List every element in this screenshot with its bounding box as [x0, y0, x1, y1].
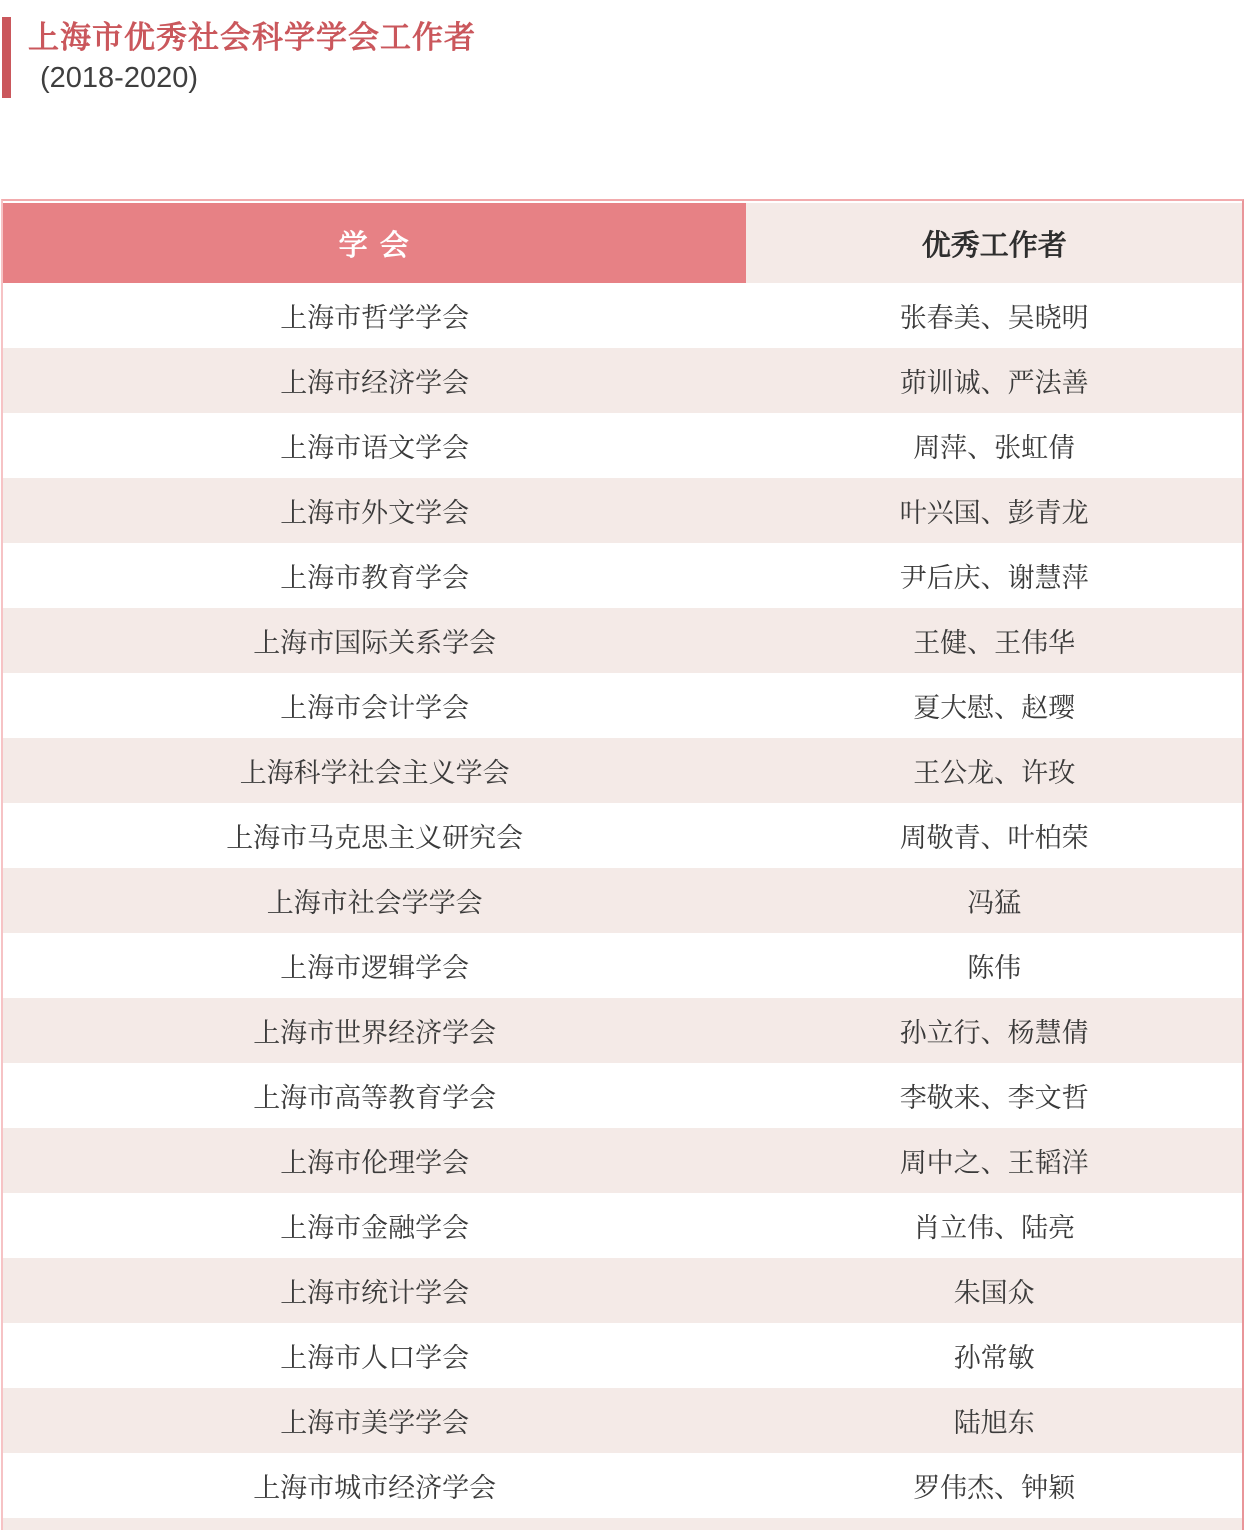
table-row: 上海市高等教育学会李敬来、李文哲: [3, 1063, 1242, 1128]
workers-cell: 李敬来、李文哲: [746, 1063, 1242, 1128]
table-row: 上海市会计学会夏大慰、赵璎: [3, 673, 1242, 738]
table-row: 上海市人口学会孙常敏: [3, 1323, 1242, 1388]
society-cell: 上海科学社会主义学会: [3, 738, 746, 803]
workers-cell: 茆训诚、严法善: [746, 348, 1242, 413]
workers-cell: 王健、王伟华: [746, 608, 1242, 673]
society-cell: 上海市经济学会: [3, 348, 746, 413]
society-cell: 上海市教育学会: [3, 543, 746, 608]
society-cell: 上海市逻辑学会: [3, 933, 746, 998]
table-row: 上海科学社会主义学会王公龙、许玫: [3, 738, 1242, 803]
society-cell: 上海市马克思主义研究会: [3, 803, 746, 868]
table-row: 上海市美学学会陆旭东: [3, 1388, 1242, 1453]
workers-cell: 肖立伟、陆亮: [746, 1193, 1242, 1258]
society-cell: 上海市统计学会: [3, 1258, 746, 1323]
table-row: 上海市金融学会肖立伟、陆亮: [3, 1193, 1242, 1258]
society-cell: 上海市社会学学会: [3, 868, 746, 933]
society-cell: 上海市高等教育学会: [3, 1063, 746, 1128]
awards-table: 学 会 优秀工作者 上海市哲学学会张春美、吴晓明上海市经济学会茆训诚、严法善上海…: [1, 199, 1244, 1530]
society-cell: 上海市语文学会: [3, 413, 746, 478]
table-row: 上海市语文学会周萍、张虹倩: [3, 413, 1242, 478]
page-subtitle: (2018-2020): [28, 60, 476, 96]
table-row: 上海市世界经济学会孙立行、杨慧倩: [3, 998, 1242, 1063]
page-header: 上海市优秀社会科学学会工作者 (2018-2020): [2, 17, 476, 98]
column-header-workers: 优秀工作者: [746, 203, 1242, 283]
workers-cell: 孙常敏: [746, 1323, 1242, 1388]
society-cell: 上海市伦理学会: [3, 1128, 746, 1193]
society-cell: 上海市国际关系学会: [3, 608, 746, 673]
workers-cell: 周敬青、叶柏荣: [746, 803, 1242, 868]
workers-cell: 冯猛: [746, 868, 1242, 933]
workers-cell: 罗伟杰、钟颖: [746, 1453, 1242, 1518]
workers-cell: 周中之、王韬洋: [746, 1128, 1242, 1193]
workers-cell: 尹后庆、谢慧萍: [746, 543, 1242, 608]
workers-cell: 张春美、吴晓明: [746, 283, 1242, 348]
page: 上海市优秀社会科学学会工作者 (2018-2020) 学 会 优秀工作者 上海市…: [0, 0, 1245, 1530]
society-cell: 上海市外文学会: [3, 478, 746, 543]
society-cell: 上海市会计学会: [3, 673, 746, 738]
partial-next-row: [3, 1518, 1242, 1530]
table-row: 上海市城市经济学会罗伟杰、钟颖: [3, 1453, 1242, 1518]
society-cell: 上海市美学学会: [3, 1388, 746, 1453]
workers-cell: 孙立行、杨慧倩: [746, 998, 1242, 1063]
workers-cell: 陈伟: [746, 933, 1242, 998]
table-body: 上海市哲学学会张春美、吴晓明上海市经济学会茆训诚、严法善上海市语文学会周萍、张虹…: [3, 283, 1242, 1518]
workers-cell: 周萍、张虹倩: [746, 413, 1242, 478]
page-title: 上海市优秀社会科学学会工作者: [28, 19, 476, 57]
workers-cell: 朱国众: [746, 1258, 1242, 1323]
workers-cell: 夏大慰、赵璎: [746, 673, 1242, 738]
table-header-row: 学 会 优秀工作者: [3, 203, 1242, 283]
table-row: 上海市外文学会叶兴国、彭青龙: [3, 478, 1242, 543]
table-row: 上海市国际关系学会王健、王伟华: [3, 608, 1242, 673]
table-row: 上海市社会学学会冯猛: [3, 868, 1242, 933]
society-cell: 上海市世界经济学会: [3, 998, 746, 1063]
table-row: 上海市哲学学会张春美、吴晓明: [3, 283, 1242, 348]
table-row: 上海市统计学会朱国众: [3, 1258, 1242, 1323]
society-cell: 上海市金融学会: [3, 1193, 746, 1258]
column-header-society: 学 会: [3, 203, 746, 283]
society-cell: 上海市城市经济学会: [3, 1453, 746, 1518]
table-row: 上海市经济学会茆训诚、严法善: [3, 348, 1242, 413]
table-row: 上海市伦理学会周中之、王韬洋: [3, 1128, 1242, 1193]
society-cell: 上海市人口学会: [3, 1323, 746, 1388]
workers-cell: 王公龙、许玫: [746, 738, 1242, 803]
table-row: 上海市教育学会尹后庆、谢慧萍: [3, 543, 1242, 608]
table-row: 上海市马克思主义研究会周敬青、叶柏荣: [3, 803, 1242, 868]
workers-cell: 陆旭东: [746, 1388, 1242, 1453]
society-cell: 上海市哲学学会: [3, 283, 746, 348]
table-row: 上海市逻辑学会陈伟: [3, 933, 1242, 998]
workers-cell: 叶兴国、彭青龙: [746, 478, 1242, 543]
